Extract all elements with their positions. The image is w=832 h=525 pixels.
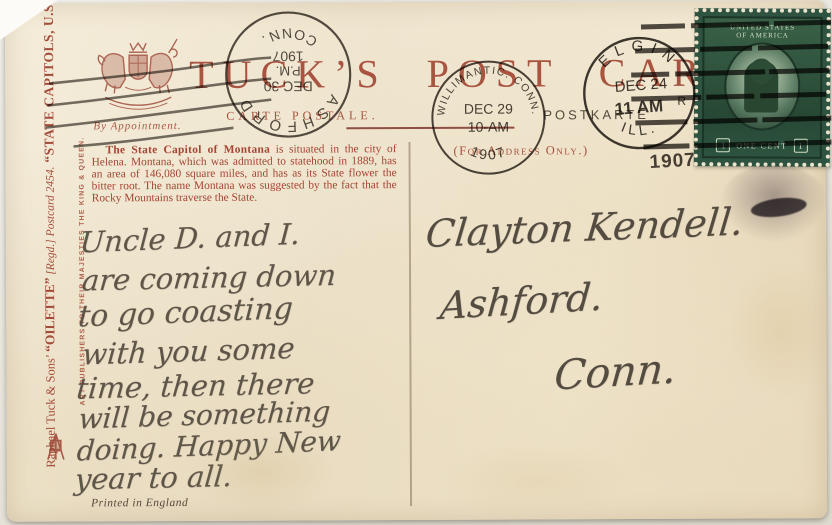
svg-text:DEC 30: DEC 30 — [263, 78, 312, 94]
scanned-postcard-back: TUCK’S POST CARD CARTE POSTALE. POSTKART… — [0, 0, 832, 525]
cancel-killer-bars — [595, 12, 832, 165]
postcard-card: TUCK’S POST CARD CARTE POSTALE. POSTKART… — [5, 0, 827, 522]
printed-in-england-label: Printed in England — [91, 497, 188, 509]
address-state: Conn. — [552, 344, 678, 399]
cancel-year-1907: 1907 — [649, 150, 696, 175]
postmark-willimantic: WILLIMANTIC. CONN. DEC 29 10-AM 1907 — [426, 56, 552, 182]
address-recipient: Clayton Kendell. — [424, 199, 746, 256]
postmark-ashford: ASHFORD CONN. DEC 30 P.M. 1907 — [218, 3, 360, 145]
center-divider-line — [408, 142, 411, 506]
svg-text:1907: 1907 — [468, 143, 508, 163]
stain — [437, 441, 637, 522]
address-town: Ashford. — [438, 275, 604, 329]
svg-text:10-AM: 10-AM — [468, 119, 509, 135]
postcard-number: Postcard 2454. — [45, 166, 57, 236]
svg-text:CONN.: CONN. — [256, 25, 320, 50]
svg-text:ASHFORD: ASHFORD — [234, 92, 343, 136]
stain — [726, 260, 832, 400]
message-line: Uncle D. and I. — [79, 217, 301, 260]
oilette-trademark: “OILETTE” — [42, 278, 57, 352]
message-line: are coming down — [81, 258, 338, 298]
svg-text:1907: 1907 — [272, 48, 303, 64]
svg-text:DEC 29: DEC 29 — [464, 101, 513, 117]
message-line: year to all. — [74, 459, 234, 497]
regd-postcard-number: [Regd.] — [45, 236, 57, 277]
message-line: with you some — [81, 331, 296, 372]
tuck-easel-logo-icon — [45, 432, 67, 462]
message-line: to go coasting — [77, 291, 294, 335]
svg-text:P.M.: P.M. — [276, 64, 301, 79]
